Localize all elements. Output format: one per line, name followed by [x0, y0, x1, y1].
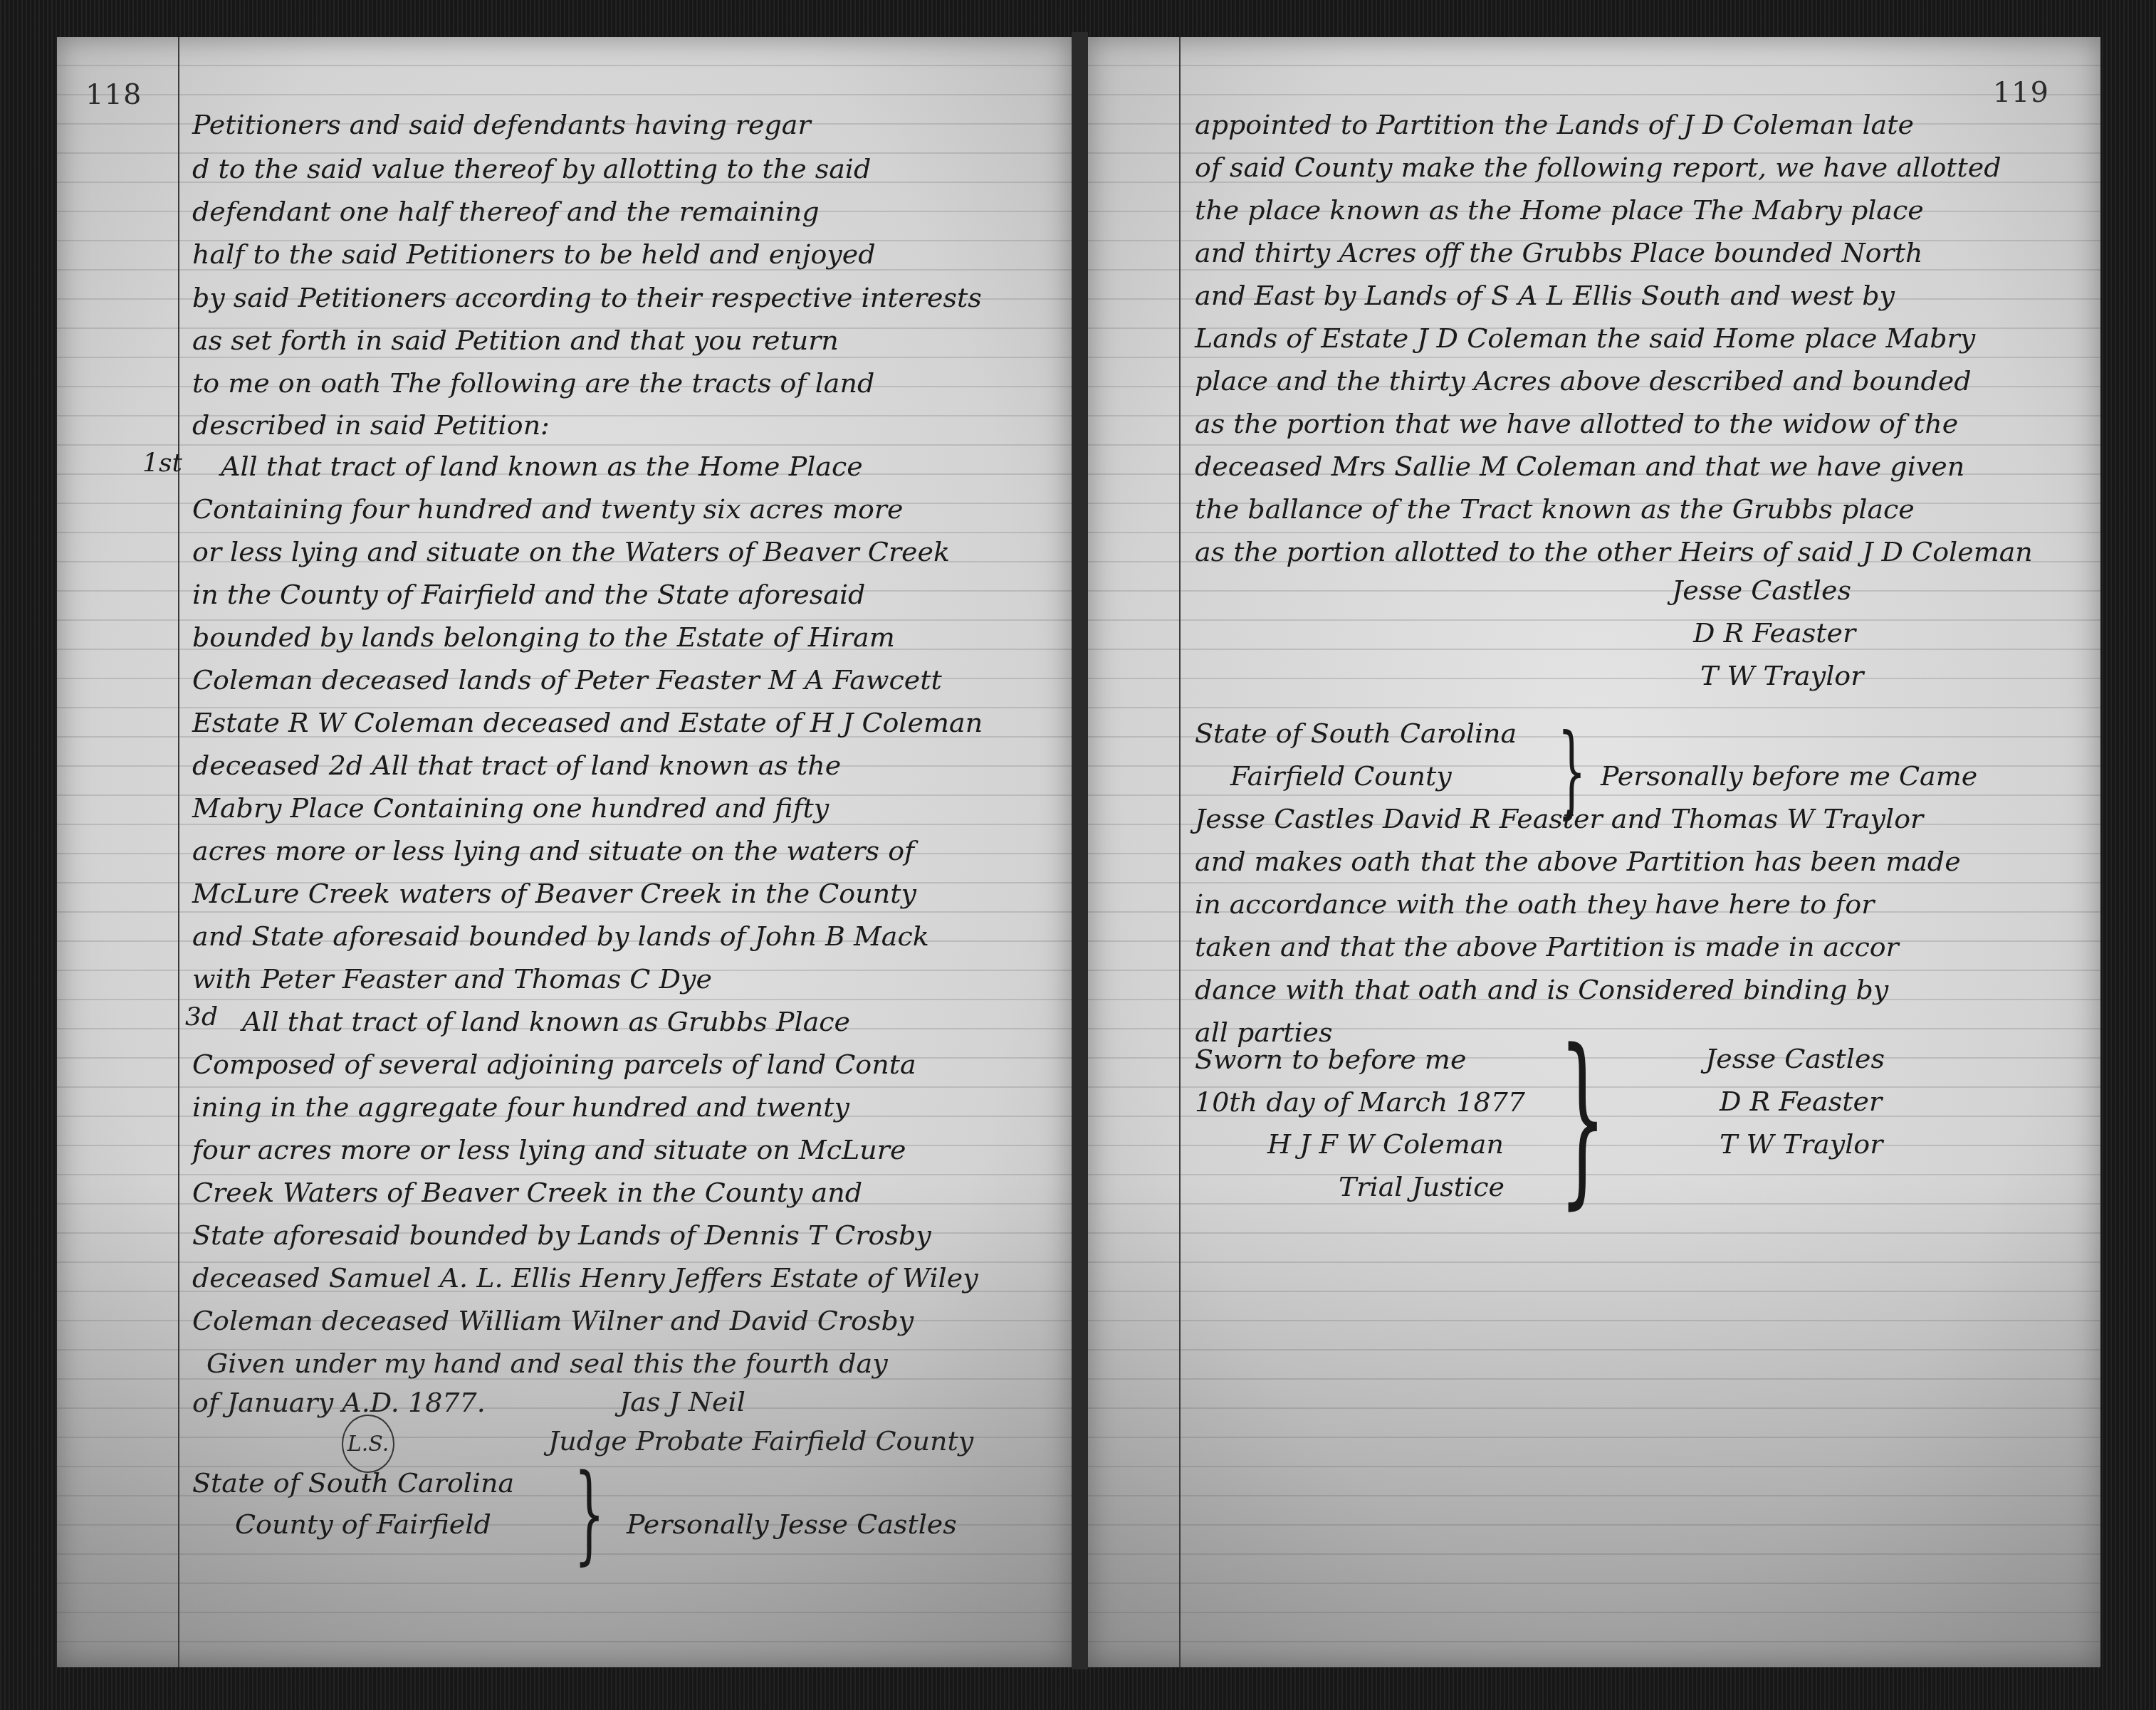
text-line: in accordance with the oath they have he… — [1195, 888, 1874, 920]
text-line: to me on oath The following are the trac… — [192, 367, 874, 399]
text-line: dance with that oath and is Considered b… — [1195, 973, 1888, 1006]
margin-note-third: 3d — [185, 1002, 218, 1032]
text-line: Personally before me Came — [1601, 760, 1977, 792]
text-line: Creek Waters of Beaver Creek in the Coun… — [192, 1176, 862, 1209]
text-line: Coleman deceased William Wilner and Davi… — [192, 1304, 914, 1337]
text-line: Petitioners and said defendants having r… — [192, 108, 811, 141]
oath-line: Personally Jesse Castles — [627, 1508, 957, 1541]
text-line: deceased Samuel A. L. Ellis Henry Jeffer… — [192, 1261, 978, 1294]
text-line: as set forth in said Petition and that y… — [192, 324, 839, 357]
text-line: as the portion that we have allotted to … — [1195, 407, 1958, 440]
text-line: the place known as the Home place The Ma… — [1195, 194, 1924, 226]
text-line: deceased Mrs Sallie M Coleman and that w… — [1195, 450, 1964, 483]
text-line: and thirty Acres off the Grubbs Place bo… — [1195, 236, 1922, 269]
text-line: and East by Lands of S A L Ellis South a… — [1195, 279, 1895, 312]
text-line: and makes oath that the above Partition … — [1195, 845, 1961, 878]
text-line: taken and that the above Partition is ma… — [1195, 930, 1899, 963]
text-line: Mabry Place Containing one hundred and f… — [192, 792, 829, 824]
text-line: Composed of several adjoining parcels of… — [192, 1048, 916, 1081]
signature: Jesse Castles — [1672, 575, 1851, 606]
text-line: McLure Creek waters of Beaver Creek in t… — [192, 877, 916, 910]
text-line: All that tract of land known as Grubbs P… — [242, 1005, 850, 1038]
justice-name: H J F W Coleman — [1267, 1128, 1504, 1160]
judge-title: Judge Probate Fairfield County — [548, 1425, 973, 1457]
page-number: 119 — [1993, 76, 2049, 109]
seal-ls: L.S. — [342, 1415, 394, 1473]
signature: T W Traylor — [1700, 660, 1863, 691]
text-line: All that tract of land known as the Home… — [221, 450, 863, 483]
signature: Jesse Castles — [1705, 1043, 1885, 1074]
text-line: Estate R W Coleman deceased and Estate o… — [192, 706, 983, 739]
page-number: 118 — [85, 78, 142, 111]
margin-rule — [1179, 37, 1181, 1667]
text-line: appointed to Partition the Lands of J D … — [1195, 108, 1914, 141]
text-line: place and the thirty Acres above describ… — [1195, 364, 1972, 397]
text-line: State aforesaid bounded by Lands of Denn… — [192, 1219, 931, 1252]
ledger-page-right: 119 appointed to Partition the Lands of … — [1088, 37, 2100, 1667]
text-line: Lands of Estate J D Coleman the said Hom… — [1195, 322, 1975, 355]
text-line: Jesse Castles David R Feaster and Thomas… — [1195, 802, 1923, 835]
text-line: Given under my hand and seal this the fo… — [206, 1347, 888, 1380]
sworn-line: Sworn to before me — [1195, 1043, 1466, 1076]
text-line: deceased 2d All that tract of land known… — [192, 749, 841, 782]
ledger-page-left: 118 Petitioners and said defendants havi… — [57, 37, 1072, 1667]
text-line: four acres more or less lying and situat… — [192, 1133, 906, 1166]
text-line: the ballance of the Tract known as the G… — [1195, 493, 1915, 525]
text-line: Coleman deceased lands of Peter Feaster … — [192, 663, 942, 696]
signature: D R Feaster — [1693, 617, 1856, 649]
signature: T W Traylor — [1720, 1128, 1883, 1160]
brace-icon: } — [1559, 1011, 1606, 1226]
judge-signature: Jas J Neil — [619, 1386, 745, 1417]
affidavit-state: State of South Carolina — [1195, 717, 1517, 750]
text-line: Containing four hundred and twenty six a… — [192, 493, 903, 525]
text-line: and State aforesaid bounded by lands of … — [192, 920, 929, 953]
margin-note-first: 1st — [142, 449, 182, 478]
brace-icon: } — [574, 1452, 605, 1576]
text-line: as the portion allotted to the other Hei… — [1195, 535, 2033, 568]
text-line: in the County of Fairfield and the State… — [192, 578, 865, 611]
text-line: or less lying and situate on the Waters … — [192, 535, 950, 568]
book-gutter — [1072, 32, 1088, 1669]
text-line: d to the said value thereof by allotting… — [192, 152, 871, 185]
text-line: bounded by lands belonging to the Estate… — [192, 621, 895, 654]
text-line: half to the said Petitioners to be held … — [192, 238, 876, 271]
text-line: by said Petitioners according to their r… — [192, 281, 982, 314]
justice-title: Trial Justice — [1339, 1171, 1505, 1202]
oath-county: County of Fairfield — [235, 1508, 491, 1541]
oath-state: State of South Carolina — [192, 1467, 514, 1499]
affidavit-county: Fairfield County — [1230, 760, 1452, 792]
text-line: described in said Petition: — [192, 409, 550, 441]
text-line: of said County make the following report… — [1195, 151, 2001, 184]
margin-rule — [178, 37, 179, 1667]
text-line: with Peter Feaster and Thomas C Dye — [192, 962, 712, 995]
text-line: acres more or less lying and situate on … — [192, 834, 914, 867]
sworn-line: 10th day of March 1877 — [1195, 1086, 1525, 1118]
text-line: defendant one half thereof and the remai… — [192, 195, 820, 228]
signature: D R Feaster — [1720, 1086, 1882, 1117]
text-line: of January A.D. 1877. — [192, 1386, 486, 1419]
text-line: ining in the aggregate four hundred and … — [192, 1091, 849, 1123]
